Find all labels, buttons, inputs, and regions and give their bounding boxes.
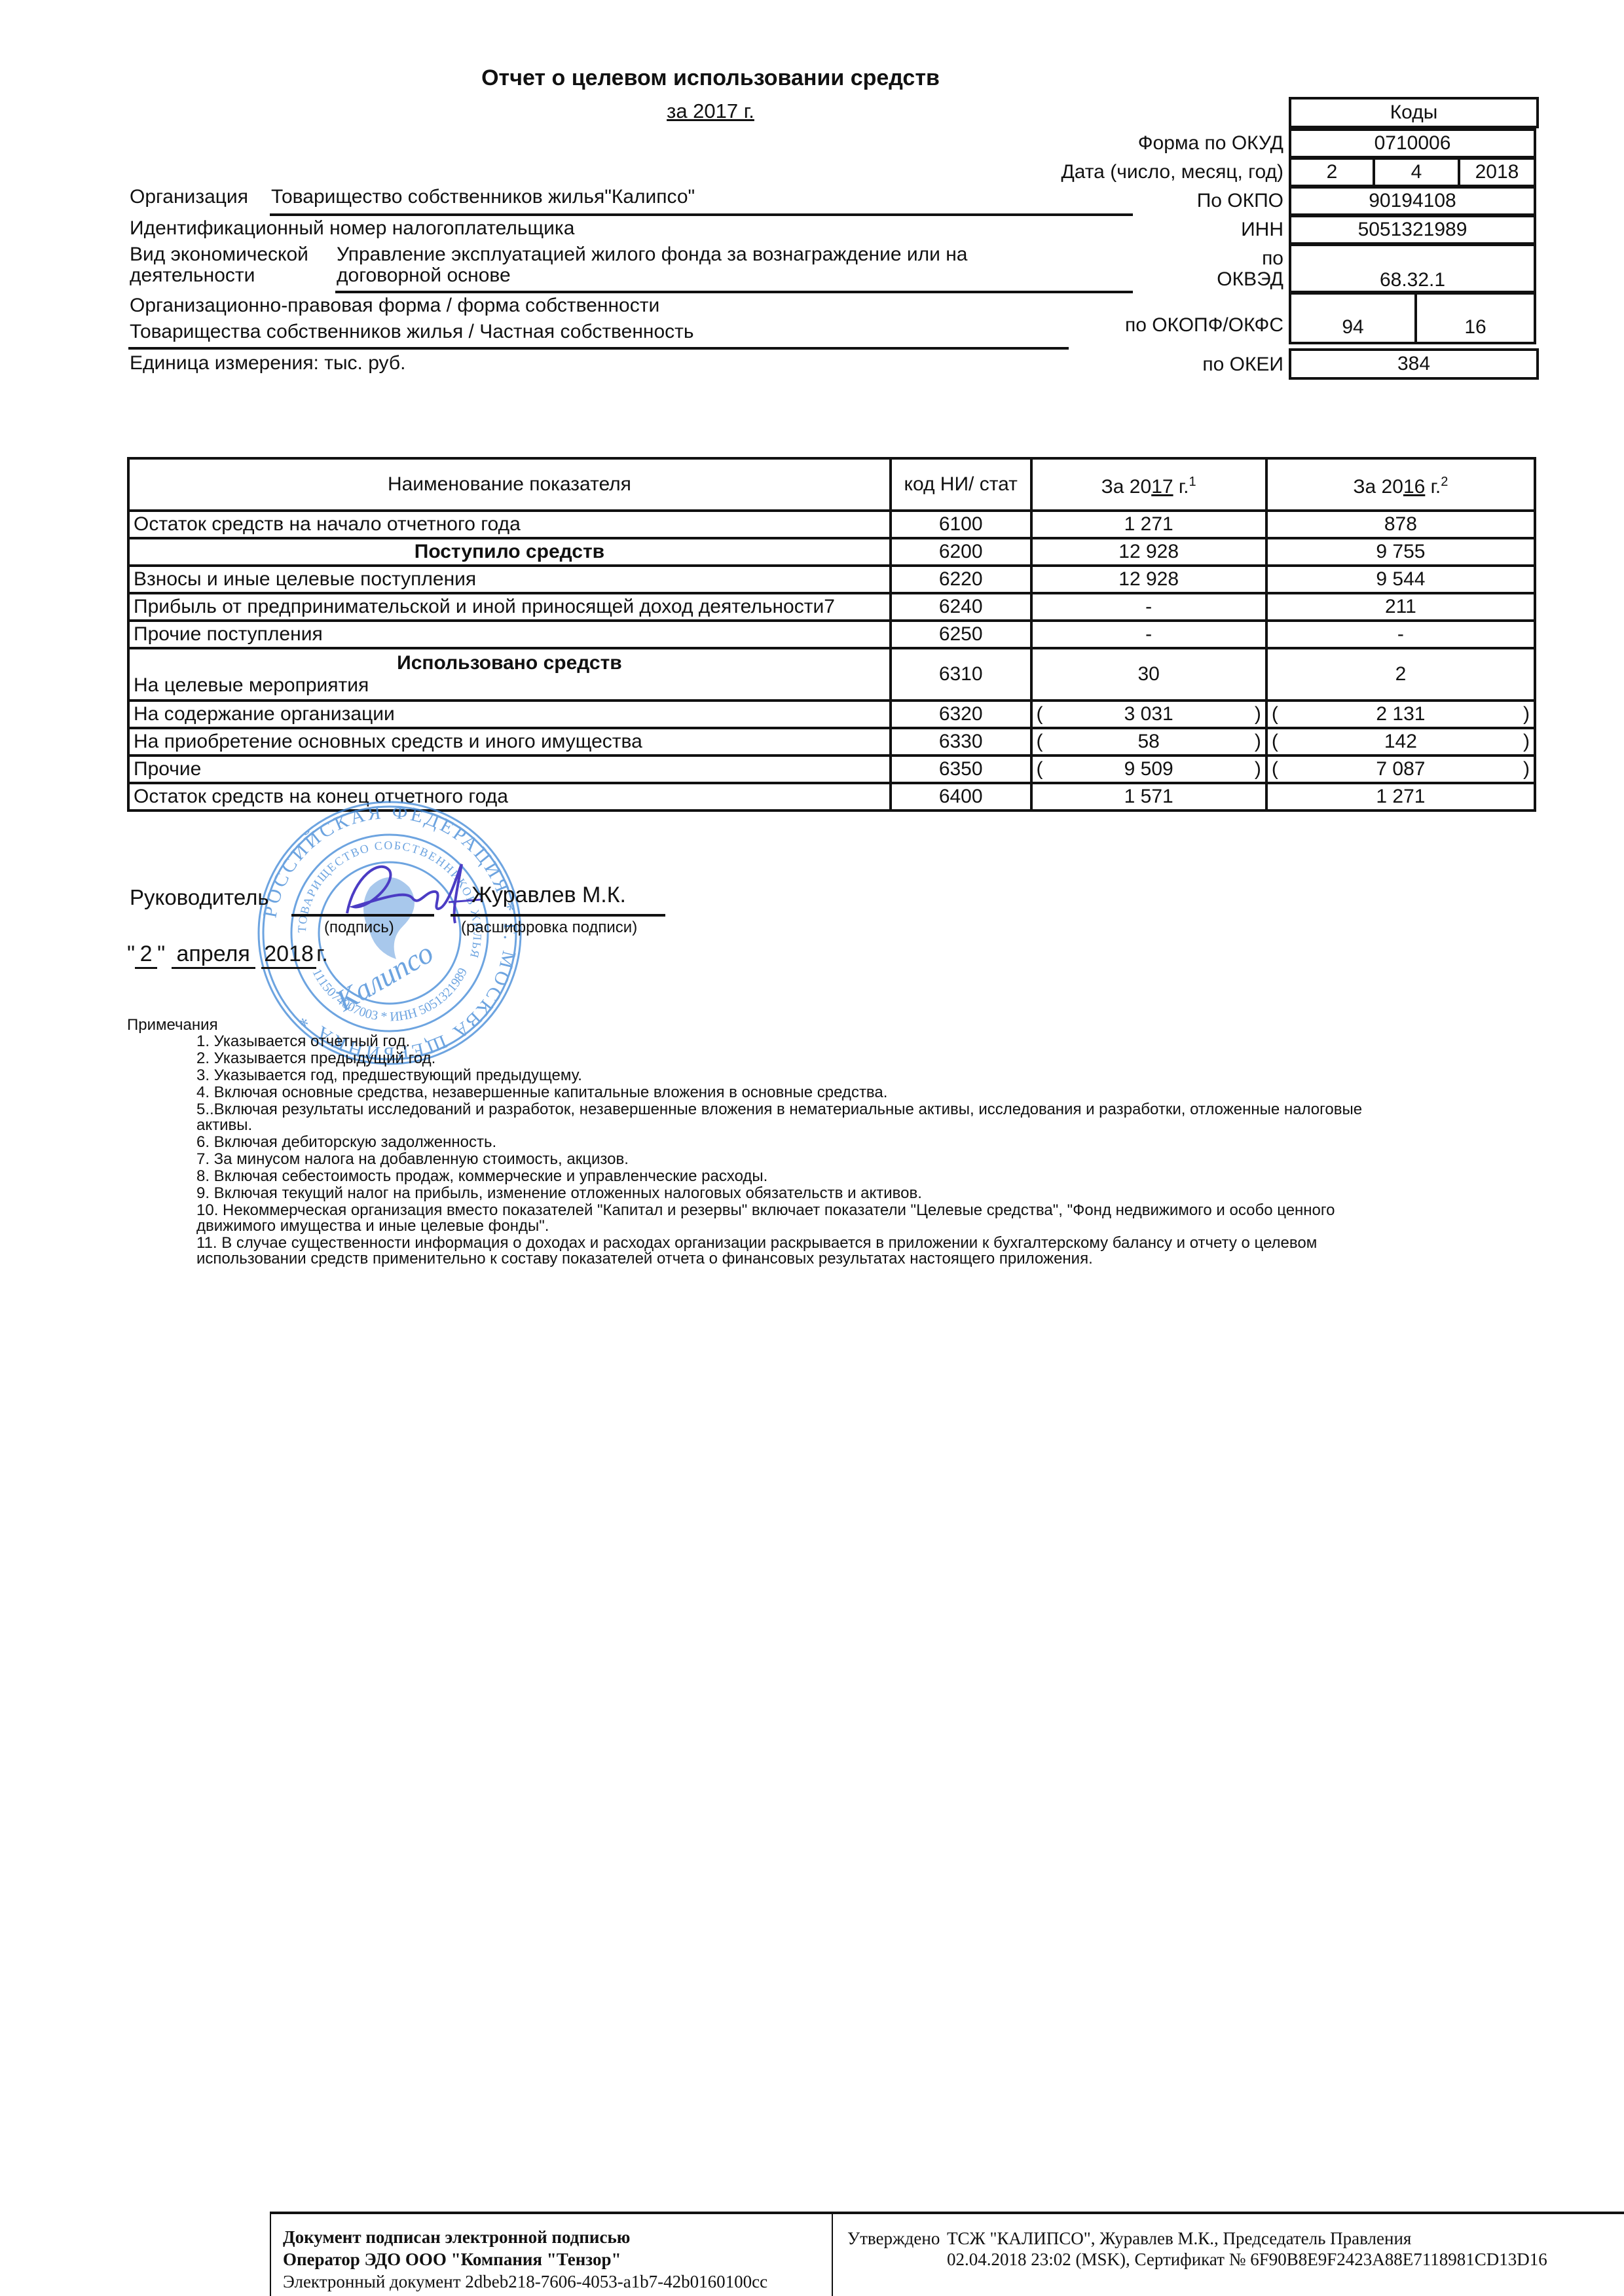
inn-code-label: ИНН [1241, 219, 1283, 241]
row-value-2016: 1 271 [1266, 783, 1535, 811]
okud-label: Форма по ОКУД [1138, 132, 1283, 155]
row-value-2016: 2 [1266, 648, 1535, 701]
org-underline [270, 213, 1133, 216]
activity-value-2: договорной основе [337, 264, 511, 287]
row-code: 6100 [891, 511, 1031, 538]
legal-form-underline [128, 347, 1069, 350]
row-value-2017: (3 031) [1031, 701, 1266, 728]
row-code: 6330 [891, 728, 1031, 756]
table-row: Прочие поступления 6250 - - [128, 621, 1535, 648]
row-value-2017: 30 [1031, 648, 1266, 701]
date-year: 2018 [1458, 157, 1536, 187]
esig-approved-label: Утверждено [847, 2229, 940, 2249]
section-heading-used-funds: Использовано средств [134, 652, 885, 674]
row-code: 6350 [891, 756, 1031, 783]
activity-underline [335, 291, 1133, 293]
row-value-2016: (7 087) [1266, 756, 1535, 783]
row-value-2017: - [1031, 593, 1266, 621]
row-value-2016: (142) [1266, 728, 1535, 756]
row-value-2016: (2 131) [1266, 701, 1535, 728]
row-name: Прочие поступления [128, 621, 891, 648]
table-row: Взносы и иные целевые поступления 6220 1… [128, 566, 1535, 593]
row-value-2017: 1 571 [1031, 783, 1266, 811]
note-item: 4. Включая основные средства, незавершен… [196, 1084, 887, 1101]
row-name-text: На целевые мероприятия [134, 674, 885, 697]
note-item: 5..Включая результаты исследований и раз… [196, 1101, 1362, 1118]
row-name: Остаток средств на начало отчетного года [128, 511, 891, 538]
okpo-label: По ОКПО [1197, 190, 1283, 212]
org-name: Товарищество собственников жилья"Калипсо… [271, 186, 695, 208]
inn-label: Идентификационный номер налогоплательщик… [130, 217, 574, 240]
table-row: Поступило средств 6200 12 928 9 755 [128, 538, 1535, 566]
notes-title: Примечания [127, 1016, 218, 1034]
legal-form-label: Организационно-правовая форма / форма со… [130, 295, 659, 317]
row-name: На приобретение основных средств и иного… [128, 728, 891, 756]
org-label: Организация [130, 186, 248, 208]
esig-approved-by: ТСЖ "КАЛИПСО", Журавлев М.К., Председате… [947, 2229, 1411, 2249]
row-value-2017: 12 928 [1031, 538, 1266, 566]
report-period: за 2017 г. [0, 100, 1421, 123]
row-name: На содержание организации [128, 701, 891, 728]
report-title: Отчет о целевом использовании средств [0, 65, 1421, 91]
header-year-previous: За 2016 г.2 [1266, 458, 1535, 511]
note-item: активы. [196, 1117, 252, 1134]
activity-value-1: Управление эксплуатацией жилого фонда за… [337, 244, 968, 266]
note-item: 2. Указывается предыдущий год. [196, 1050, 435, 1067]
row-code: 6220 [891, 566, 1031, 593]
esig-signed-note: Документ подписан электронной подписью [283, 2227, 630, 2248]
row-value-2017: (58) [1031, 728, 1266, 756]
okved-label-2: ОКВЭД [1217, 268, 1283, 291]
note-item: 1. Указывается отчетный год. [196, 1033, 410, 1050]
note-item: 8. Включая себестоимость продаж, коммерч… [196, 1168, 767, 1185]
signer-name: Журавлев М.К. [471, 883, 626, 908]
row-value-2016: 9 544 [1266, 566, 1535, 593]
table-row: Прочие 6350 (9 509) (7 087) [128, 756, 1535, 783]
row-code: 6200 [891, 538, 1031, 566]
row-name: Использовано средств На целевые мероприя… [128, 648, 891, 701]
esig-operator: Оператор ЭДО ООО "Компания "Тензор" [283, 2250, 621, 2270]
okved-label-1: по [1262, 247, 1283, 270]
okopf-label: по ОКОПФ/ОКФС [1125, 314, 1283, 337]
row-value-2017: 1 271 [1031, 511, 1266, 538]
row-code: 6400 [891, 783, 1031, 811]
note-item: 7. За минусом налога на добавленную стои… [196, 1151, 629, 1168]
row-code: 6250 [891, 621, 1031, 648]
header-indicator-name: Наименование показателя [128, 458, 891, 511]
header-year-current: За 2017 г.1 [1031, 458, 1266, 511]
note-item: 9. Включая текущий налог на прибыль, изм… [196, 1185, 922, 1202]
row-value-2016: 211 [1266, 593, 1535, 621]
name-caption: (расшифровка подписи) [461, 919, 637, 937]
row-name: Взносы и иные целевые поступления [128, 566, 891, 593]
signer-role: Руководитель [130, 885, 269, 910]
sign-date: "2" апреля 2018г. [127, 941, 328, 969]
okei-label: по ОКЕИ [1202, 354, 1283, 376]
activity-label-2: деятельности [130, 264, 255, 287]
activity-label-1: Вид экономической [130, 244, 308, 266]
esig-approved-details: 02.04.2018 23:02 (MSK), Сертификат № 6F9… [947, 2250, 1547, 2270]
table-row: Прибыль от предпринимательской и иной пр… [128, 593, 1535, 621]
row-value-2017: (9 509) [1031, 756, 1266, 783]
okfs-value: 16 [1414, 292, 1536, 344]
row-code: 6320 [891, 701, 1031, 728]
row-name: Прочие [128, 756, 891, 783]
header-code: код НИ/ стат [891, 458, 1031, 511]
signature-caption: (подпись) [324, 919, 394, 937]
table-row: На приобретение основных средств и иного… [128, 728, 1535, 756]
okopf-value: 94 [1289, 292, 1417, 344]
unit-of-measure: Единица измерения: тыс. руб. [130, 352, 405, 374]
codes-heading: Коды [1289, 97, 1539, 128]
date-day: 2 [1289, 157, 1375, 187]
table-row: Использовано средств На целевые мероприя… [128, 648, 1535, 701]
esig-document-id: Электронный документ 2dbeb218-7606-4053-… [283, 2272, 767, 2292]
okved-value: 68.32.1 [1289, 244, 1536, 293]
table-row: Остаток средств на начало отчетного года… [128, 511, 1535, 538]
okud-value: 0710006 [1289, 128, 1536, 158]
handwritten-signature-icon [327, 851, 485, 930]
date-month: 4 [1373, 157, 1460, 187]
table-row: На содержание организации 6320 (3 031) (… [128, 701, 1535, 728]
row-value-2016: 878 [1266, 511, 1535, 538]
funds-usage-table: Наименование показателя код НИ/ стат За … [127, 457, 1536, 812]
note-item: использовании средств применительно к со… [196, 1250, 1093, 1267]
note-item: 3. Указывается год, предшествующий преды… [196, 1067, 582, 1084]
row-name: Прибыль от предпринимательской и иной пр… [128, 593, 891, 621]
row-value-2017: 12 928 [1031, 566, 1266, 593]
esig-divider [832, 2214, 833, 2296]
row-value-2016: - [1266, 621, 1535, 648]
inn-value: 5051321989 [1289, 215, 1536, 245]
row-name: Поступило средств [128, 538, 891, 566]
okei-value: 384 [1289, 348, 1539, 380]
legal-form-value: Товарищества собственников жилья / Частн… [130, 321, 694, 343]
signer-name-line [451, 914, 665, 917]
row-code: 6310 [891, 648, 1031, 701]
row-value-2016: 9 755 [1266, 538, 1535, 566]
table-header-row: Наименование показателя код НИ/ стат За … [128, 458, 1535, 511]
date-label: Дата (число, месяц, год) [1061, 161, 1283, 183]
note-item: движимого имущества и иные целевые фонды… [196, 1218, 549, 1235]
row-code: 6240 [891, 593, 1031, 621]
row-value-2017: - [1031, 621, 1266, 648]
electronic-signature-block: Документ подписан электронной подписью О… [270, 2212, 1624, 2296]
okpo-value: 90194108 [1289, 186, 1536, 216]
note-item: 6. Включая дебиторскую задолженность. [196, 1134, 496, 1151]
